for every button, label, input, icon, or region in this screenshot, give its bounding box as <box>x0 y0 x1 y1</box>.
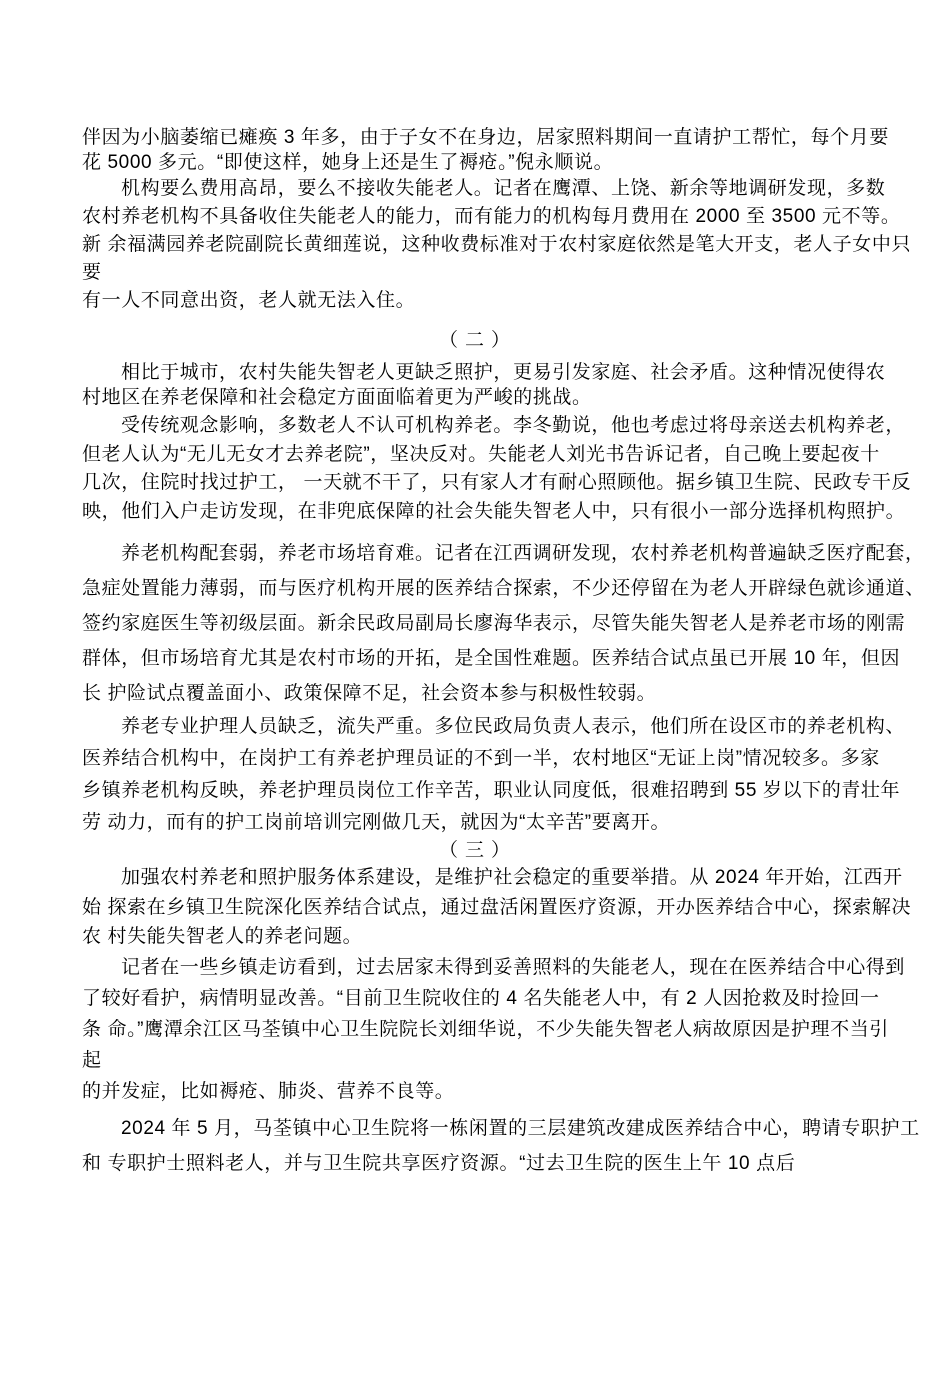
text-line: 花 5000 多元。“即使这样，她身上还是生了褥疮。”倪永顺说。 <box>82 150 874 175</box>
text-line: 要 <box>82 259 874 287</box>
text-line: 了较好看护，病情明显改善。“目前卫生院收住的 4 名失能老人中，有 2 人因抢救… <box>82 983 874 1014</box>
paragraph: 相比于城市，农村失能失智老人更缺乏照护，更易引发家庭、社会矛盾。这种情况使得农村… <box>82 360 874 410</box>
text-line: 映，他们入户走访发现，在非兜底保障的社会失能失智老人中，只有很小一部分选择机构照… <box>82 498 874 527</box>
text-line: 新 余福满园养老院副院长黄细莲说，这种收费标准对于农村家庭依然是笔大开支，老人子… <box>82 231 874 259</box>
text-line: 2024 年 5 月，马荃镇中心卫生院将一栋闲置的三层建筑改建成医养结合中心，聘… <box>82 1111 874 1146</box>
section-heading: （三） <box>82 839 874 863</box>
text-line: 加强农村养老和照护服务体系建设，是维护社会稳定的重要举措。从 2024 年开始，… <box>82 863 874 893</box>
text-line: 农 村失能失智老人的养老问题。 <box>82 922 874 952</box>
text-line: 条 命。”鹰潭余江区马荃镇中心卫生院院长刘细华说，不少失能失智老人病故原因是护理… <box>82 1014 874 1045</box>
text-line: 记者在一些乡镇走访看到，过去居家未得到妥善照料的失能老人，现在在医养结合中心得到 <box>82 952 874 983</box>
paragraph: 养老专业护理人员缺乏，流失严重。多位民政局负责人表示，他们所在设区市的养老机构、… <box>82 711 874 839</box>
paragraph: 记者在一些乡镇走访看到，过去居家未得到妥善照料的失能老人，现在在医养结合中心得到… <box>82 952 874 1107</box>
document-page: 伴因为小脑萎缩已瘫痪 3 年多，由于子女不在身边，居家照料期间一直请护工帮忙，每… <box>0 0 950 1378</box>
text-line: 伴因为小脑萎缩已瘫痪 3 年多，由于子女不在身边，居家照料期间一直请护工帮忙，每… <box>82 125 874 150</box>
paragraph: 养老机构配套弱，养老市场培育难。记者在江西调研发现，农村养老机构普遍缺乏医疗配套… <box>82 536 874 711</box>
section-heading: （二） <box>82 329 874 353</box>
text-line: 医养结合机构中，在岗护工有养老护理员证的不到一半，农村地区“无证上岗”情况较多。… <box>82 743 874 775</box>
text-line: 但老人认为“无儿无女才去养老院”，坚决反对。失能老人刘光书告诉记者，自己晚上要起… <box>82 441 874 470</box>
text-line: 群体，但市场培育尤其是农村市场的开拓，是全国性难题。医养结合试点虽已开展 10 … <box>82 641 874 676</box>
paragraph: 伴因为小脑萎缩已瘫痪 3 年多，由于子女不在身边，居家照料期间一直请护工帮忙，每… <box>82 125 874 175</box>
text-line: 村地区在养老保障和社会稳定方面面临着更为严峻的挑战。 <box>82 385 874 410</box>
document-body: 伴因为小脑萎缩已瘫痪 3 年多，由于子女不在身边，居家照料期间一直请护工帮忙，每… <box>82 125 874 1181</box>
text-line: 和 专职护士照料老人，并与卫生院共享医疗资源。“过去卫生院的医生上午 10 点后 <box>82 1146 874 1181</box>
text-line: 有一人不同意出资，老人就无法入住。 <box>82 287 874 315</box>
paragraph: 2024 年 5 月，马荃镇中心卫生院将一栋闲置的三层建筑改建成医养结合中心，聘… <box>82 1111 874 1181</box>
text-line: 养老机构配套弱，养老市场培育难。记者在江西调研发现，农村养老机构普遍缺乏医疗配套… <box>82 536 874 571</box>
paragraph: 机构要么费用高昂，要么不接收失能老人。记者在鹰潭、上饶、新余等地调研发现，多数农… <box>82 175 874 315</box>
heading-text: （二） <box>82 329 874 353</box>
text-line: 始 探索在乡镇卫生院深化医养结合试点，通过盘活闲置医疗资源，开办医养结合中心，探… <box>82 893 874 923</box>
text-line: 签约家庭医生等初级层面。新余民政局副局长廖海华表示，尽管失能失智老人是养老市场的… <box>82 606 874 641</box>
text-line: 起 <box>82 1045 874 1076</box>
text-line: 受传统观念影响，多数老人不认可机构养老。李冬勤说，他也考虑过将母亲送去机构养老， <box>82 412 874 441</box>
text-line: 乡镇养老机构反映，养老护理员岗位工作辛苦，职业认同度低，很难招聘到 55 岁以下… <box>82 775 874 807</box>
text-line: 长 护险试点覆盖面小、政策保障不足，社会资本参与积极性较弱。 <box>82 676 874 711</box>
text-line: 的并发症，比如褥疮、肺炎、营养不良等。 <box>82 1076 874 1107</box>
text-line: 急症处置能力薄弱，而与医疗机构开展的医养结合探索，不少还停留在为老人开辟绿色就诊… <box>82 571 874 606</box>
paragraph: 受传统观念影响，多数老人不认可机构养老。李冬勤说，他也考虑过将母亲送去机构养老，… <box>82 412 874 526</box>
text-line: 养老专业护理人员缺乏，流失严重。多位民政局负责人表示，他们所在设区市的养老机构、 <box>82 711 874 743</box>
text-line: 相比于城市，农村失能失智老人更缺乏照护，更易引发家庭、社会矛盾。这种情况使得农 <box>82 360 874 385</box>
text-line: 机构要么费用高昂，要么不接收失能老人。记者在鹰潭、上饶、新余等地调研发现，多数 <box>82 175 874 203</box>
text-line: 农村养老机构不具备收住失能老人的能力，而有能力的机构每月费用在 2000 至 3… <box>82 203 874 231</box>
text-line: 劳 动力，而有的护工岗前培训完刚做几天，就因为“太辛苦”要离开。 <box>82 807 874 839</box>
heading-text: （三） <box>82 839 874 863</box>
paragraph: 加强农村养老和照护服务体系建设，是维护社会稳定的重要举措。从 2024 年开始，… <box>82 863 874 952</box>
text-line: 几次，住院时找过护工， 一天就不干了，只有家人才有耐心照顾他。据乡镇卫生院、民政… <box>82 469 874 498</box>
